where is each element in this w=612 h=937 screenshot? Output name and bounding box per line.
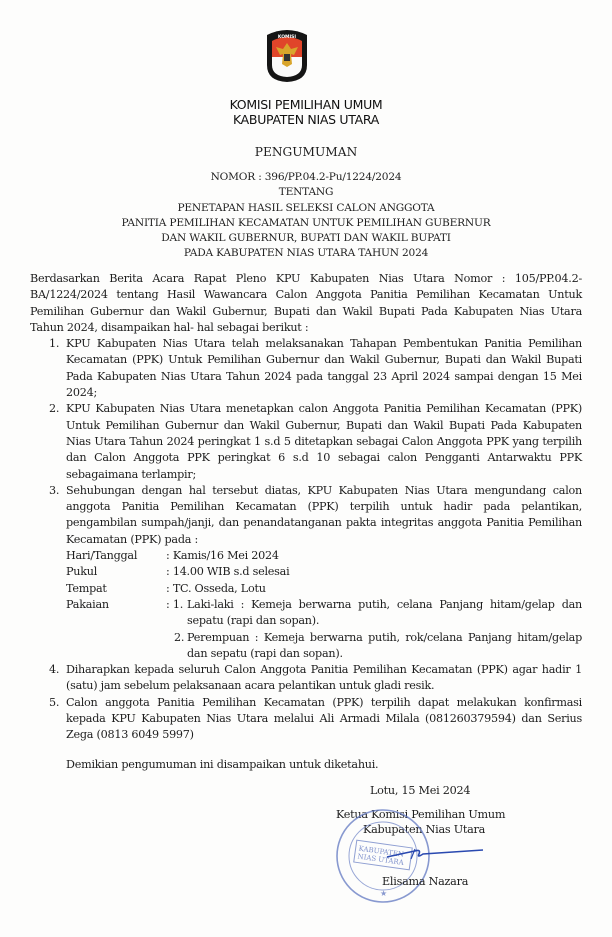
about-label: TENTANG [0,186,612,198]
detail-label: Pukul [66,564,166,580]
place-date: Lotu, 15 Mei 2024 [370,784,470,797]
point-item: 3. Sehubungan dengan hal tersebut diatas… [49,483,582,662]
signature-icon [385,845,485,861]
intro-paragraph: Berdasarkan Berita Acara Rapat Pleno KPU… [30,271,582,336]
event-detail-row: Pukul : 14.00 WIB s.d selesai [66,564,582,580]
point-number: 2. [49,401,59,417]
point-text: KPU Kabupaten Nias Utara telah melaksana… [66,337,582,399]
dress-code-text: Laki-laki : Kemeja berwarna putih, celan… [183,597,582,630]
signatory-name: Elisama Nazara [382,875,468,888]
organization-name: KOMISI PEMILIHAN UMUM [0,97,612,112]
detail-value: : TC. Osseda, Lotu [166,581,582,597]
point-text: KPU Kabupaten Nias Utara menetapkan calo… [66,402,582,480]
subject-line: PADA KABUPATEN NIAS UTARA TAHUN 2024 [0,247,612,259]
dress-code-text: Perempuan : Kemeja berwarna putih, rok/c… [187,630,582,663]
detail-label: Hari/Tanggal [66,548,166,564]
organization-region: KABUPATEN NIAS UTARA [0,112,612,127]
svg-text:★: ★ [380,889,387,898]
point-number: 3. [49,483,59,499]
svg-text:KOMISI: KOMISI [278,34,297,40]
point-item: 2. KPU Kabupaten Nias Utara menetapkan c… [49,401,582,482]
document-body: Berdasarkan Berita Acara Rapat Pleno KPU… [30,271,582,773]
dress-code-item: : 1. Laki-laki : Kemeja berwarna putih, … [166,597,582,630]
document-number: NOMOR : 396/PP.04.2-Pu/1224/2024 [0,171,612,183]
point-item: 5. Calon anggota Panitia Pemilihan Kecam… [49,695,582,744]
document-title: PENGUMUMAN [0,145,612,159]
point-text: Calon anggota Panitia Pemilihan Kecamata… [66,696,582,742]
detail-label: Pakaian [66,597,166,662]
point-number: 4. [49,662,59,678]
event-detail-row: Tempat : TC. Osseda, Lotu [66,581,582,597]
point-text: Diharapkan kepada seluruh Calon Anggota … [66,663,582,692]
detail-value: : 14.00 WIB s.d selesai [166,564,582,580]
closing-sentence: Demikian pengumuman ini disampaikan untu… [49,757,582,773]
dress-code-item: 2. Perempuan : Kemeja berwarna putih, ro… [166,630,582,663]
detail-value: : Kamis/16 Mei 2024 [166,548,582,564]
detail-label: Tempat [66,581,166,597]
subject-line: PENETAPAN HASIL SELEKSI CALON ANGGOTA [0,202,612,214]
point-number: 5. [49,695,59,711]
subject-line: PANITIA PEMILIHAN KECAMATAN UNTUK PEMILI… [0,217,612,229]
event-detail-row: Pakaian : 1. Laki-laki : Kemeja berwarna… [66,597,582,662]
point-text: Sehubungan dengan hal tersebut diatas, K… [66,483,582,548]
point-item: 4. Diharapkan kepada seluruh Calon Anggo… [49,662,582,695]
event-detail-row: Hari/Tanggal : Kamis/16 Mei 2024 [66,548,582,564]
kpu-emblem-icon: KOMISI [263,27,311,83]
point-item: 1. KPU Kabupaten Nias Utara telah melaks… [49,336,582,401]
subject-line: DAN WAKIL GUBERNUR, BUPATI DAN WAKIL BUP… [0,232,612,244]
point-number: 1. [49,336,59,352]
